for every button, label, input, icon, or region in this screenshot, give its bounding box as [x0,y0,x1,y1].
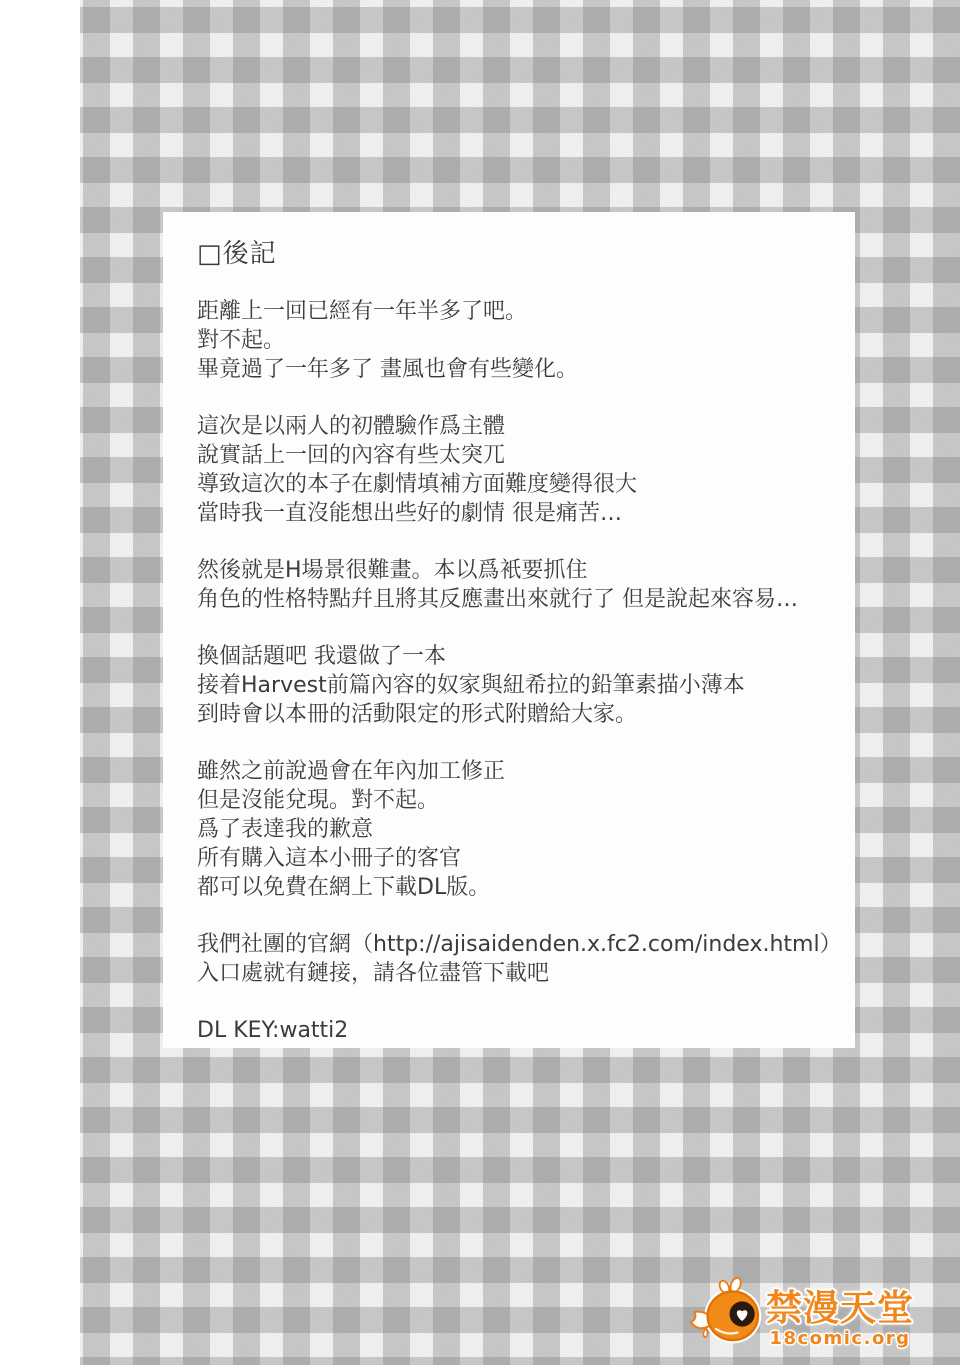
whale-mascot-icon [688,1275,772,1353]
watermark: 禁漫天堂 18comic.org [688,1275,914,1353]
afterword-paragraph: 然後就是H場景很難畫。本以爲衹要抓住 角色的性格特點幷且將其反應畫出來就行了 但… [197,556,847,614]
afterword-heading: □後記 [197,240,847,269]
watermark-text: 禁漫天堂 18comic.org [766,1275,914,1349]
afterword-paragraph: 換個話題吧 我還做了一本 接着Harvest前篇內容的奴家與紐希拉的鉛筆素描小薄… [197,642,847,729]
afterword-paragraphs: 距離上一回已經有一年半多了吧。 對不起。 畢竟過了一年多了 畫風也會有些變化。這… [197,297,847,1045]
watermark-site-url: 18comic.org [766,1328,914,1349]
page: { "afterword": { "heading": "□後記", "para… [0,0,960,1365]
afterword-paragraph: 我們社團的官網（http://ajisaidenden.x.fc2.com/in… [197,930,847,988]
mascot-droplet [703,1328,707,1337]
afterword-paragraph: 雖然之前說過會在年內加工修正 但是沒能兌現。對不起。 爲了表達我的歉意 所有購入… [197,757,847,902]
afterword-paragraph: 這次是以兩人的初體驗作爲主體 說實話上一回的內容有些太突兀 導致這次的本子在劇情… [197,412,847,528]
afterword-paragraph: 距離上一回已經有一年半多了吧。 對不起。 畢竟過了一年多了 畫風也會有些變化。 [197,297,847,384]
afterword-paragraph: DL KEY:watti2 [197,1016,847,1045]
watermark-site-name: 禁漫天堂 [766,1289,914,1329]
afterword-text: □後記 距離上一回已經有一年半多了吧。 對不起。 畢竟過了一年多了 畫風也會有些… [197,240,847,1073]
